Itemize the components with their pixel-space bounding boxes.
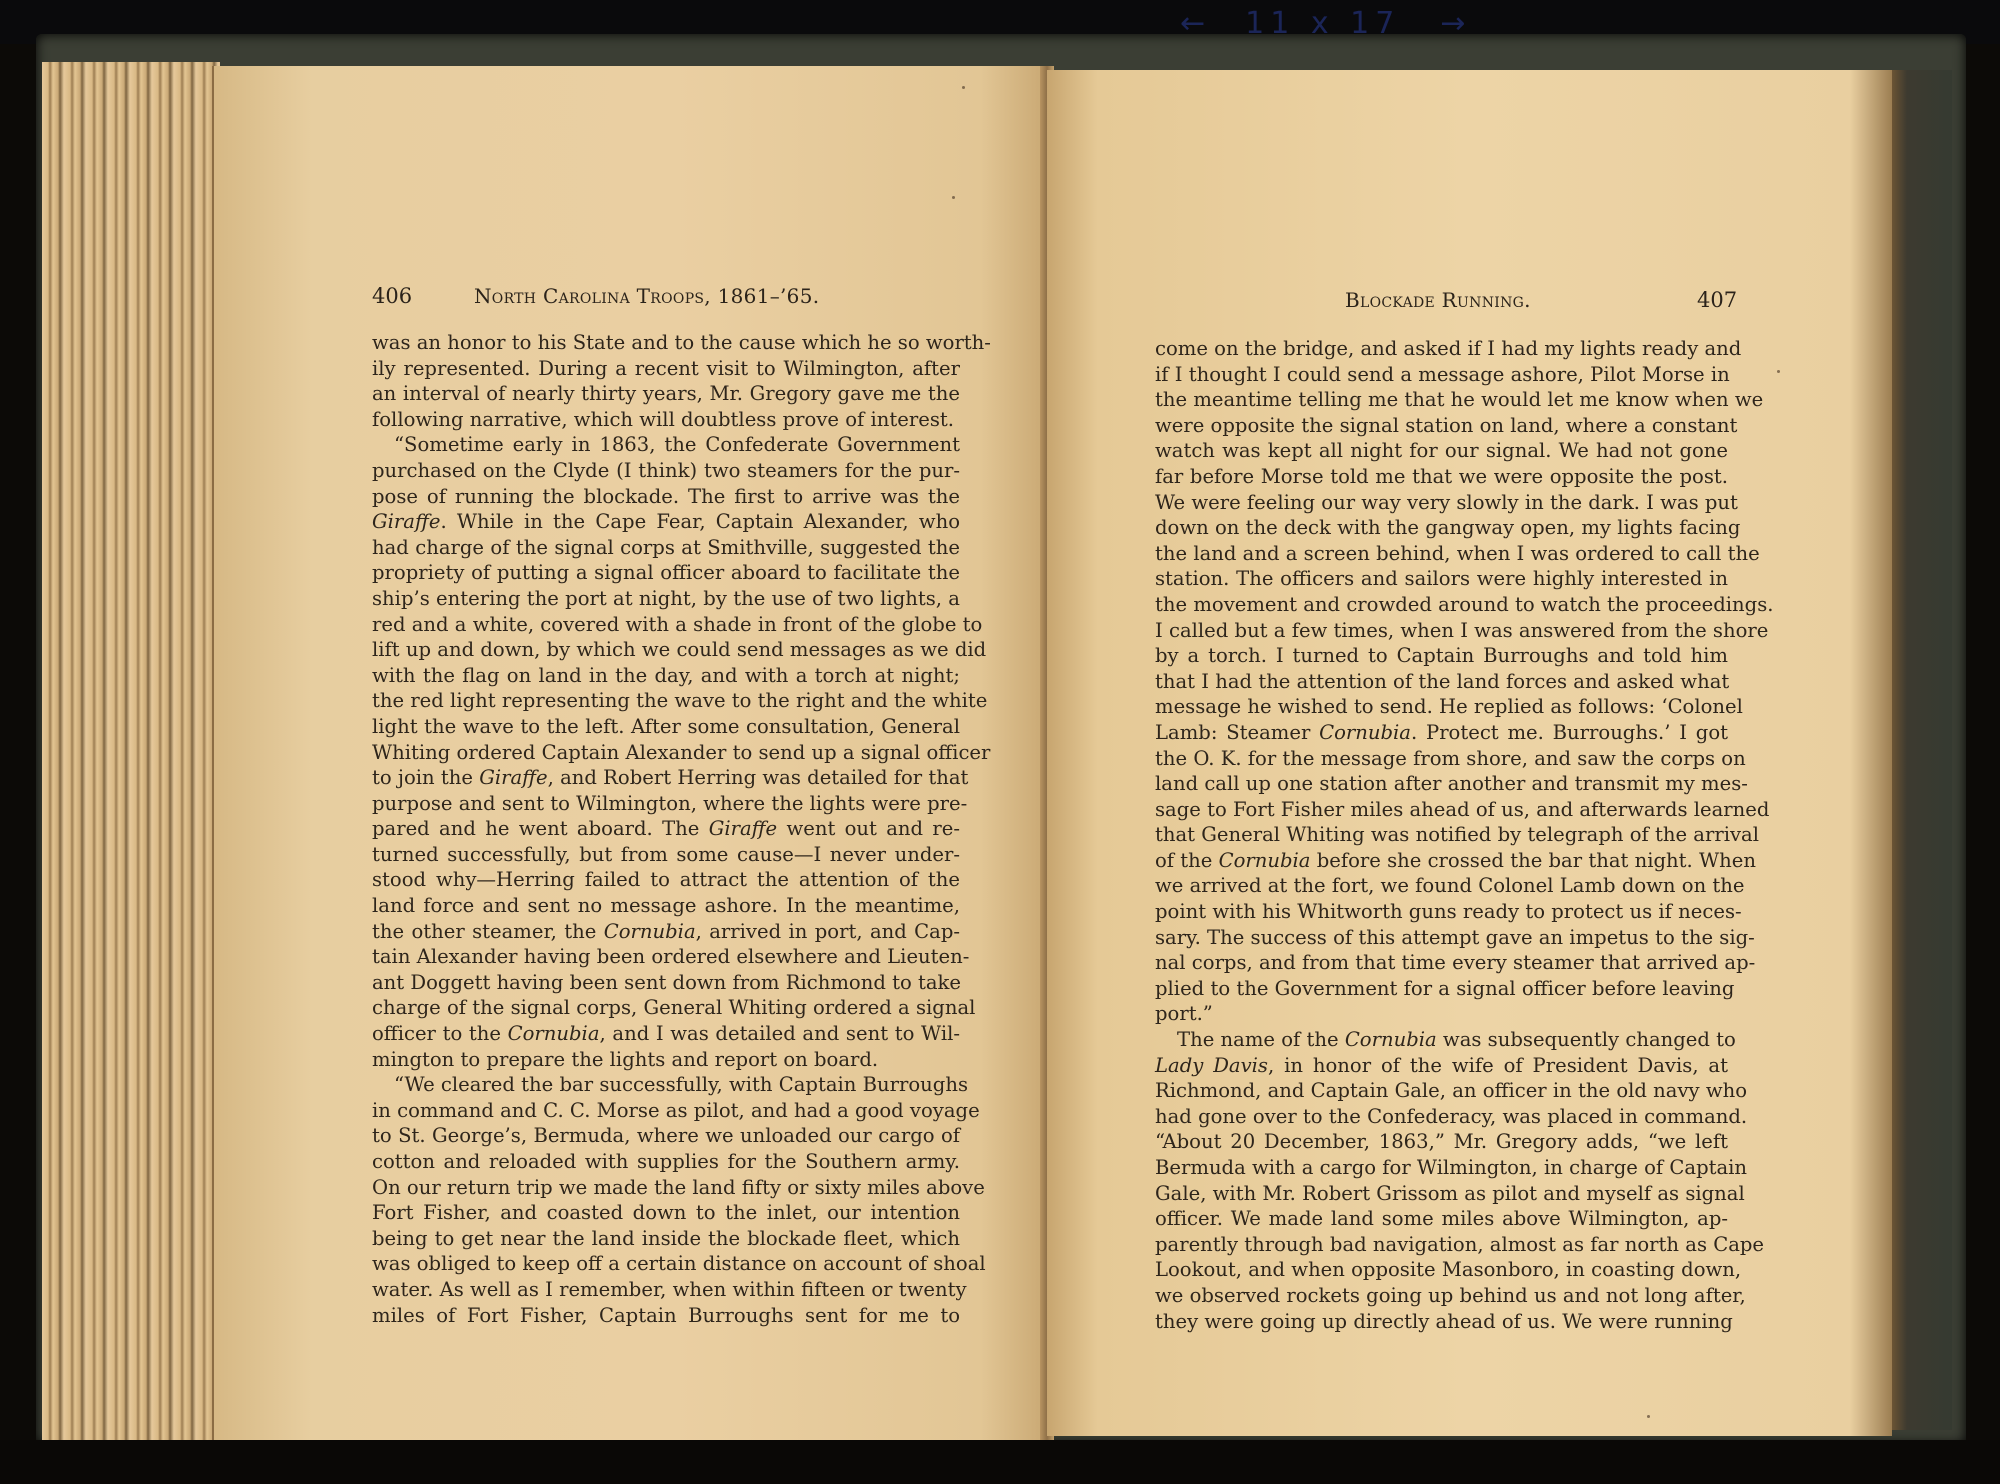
text-line: officer to the Cornubia, and I was detai…: [372, 1021, 960, 1047]
paper-speck: [962, 86, 965, 89]
text-line: sary. The success of this attempt gave a…: [1155, 925, 1728, 951]
text-line: purpose and sent to Wilmington, where th…: [372, 791, 960, 817]
text-line: miles of Fort Fisher, Captain Burroughs …: [372, 1303, 960, 1329]
text-line: Fort Fisher, and coasted down to the inl…: [372, 1200, 960, 1226]
paper-speck: [1647, 1415, 1650, 1418]
text-line: turned successfully, but from some cause…: [372, 842, 960, 868]
text-line: land force and sent no message ashore. I…: [372, 893, 960, 919]
text-line: by a torch. I turned to Captain Burrough…: [1155, 643, 1728, 669]
left-page-body: was an honor to his State and to the cau…: [372, 330, 960, 1328]
text-line: pose of running the blockade. The first …: [372, 484, 960, 510]
text-line: charge of the signal corps, General Whit…: [372, 995, 960, 1021]
right-page: Blockade Running. 407 come on the bridge…: [1047, 70, 1892, 1436]
text-line: down on the deck with the gangway open, …: [1155, 515, 1728, 541]
text-line: On our return trip we made the land fift…: [372, 1175, 960, 1201]
text-line: an interval of nearly thirty years, Mr. …: [372, 381, 960, 407]
text-line: tain Alexander having been ordered elsew…: [372, 944, 960, 970]
text-line: being to get near the land inside the bl…: [372, 1226, 960, 1252]
text-line: parently through bad navigation, almost …: [1155, 1232, 1728, 1258]
text-line: port.”: [1155, 1001, 1728, 1027]
text-line: Whiting ordered Captain Alexander to sen…: [372, 740, 960, 766]
text-line: light the wave to the left. After some c…: [372, 714, 960, 740]
text-line: We were feeling our way very slowly in t…: [1155, 490, 1728, 516]
text-line: “We cleared the bar successfully, with C…: [372, 1072, 960, 1098]
text-line: had charge of the signal corps at Smithv…: [372, 535, 960, 561]
text-line: Giraffe. While in the Cape Fear, Captain…: [372, 509, 960, 535]
right-page-body: come on the bridge, and asked if I had m…: [1155, 336, 1728, 1334]
left-page: 406 North Carolina Troops, 1861–’65. was…: [212, 66, 1047, 1442]
page-number-right: 407: [1697, 288, 1737, 312]
text-line: “About 20 December, 1863,” Mr. Gregory a…: [1155, 1129, 1728, 1155]
text-line: Lamb: Steamer Cornubia. Protect me. Burr…: [1155, 720, 1728, 746]
text-line: propriety of putting a signal officer ab…: [372, 560, 960, 586]
text-line: “Sometime early in 1863, the Confederate…: [372, 432, 960, 458]
text-line: stood why—Herring failed to attract the …: [372, 867, 960, 893]
text-line: the land and a screen behind, when I was…: [1155, 541, 1728, 567]
paper-speck: [952, 196, 955, 199]
text-line: Gale, with Mr. Robert Grissom as pilot a…: [1155, 1181, 1728, 1207]
text-line: that General Whiting was notified by tel…: [1155, 822, 1728, 848]
text-line: Bermuda with a cargo for Wilmington, in …: [1155, 1155, 1728, 1181]
text-line: come on the bridge, and asked if I had m…: [1155, 336, 1728, 362]
text-line: following narrative, which will doubtles…: [372, 407, 960, 433]
bottom-shadow: [0, 1440, 2000, 1484]
text-line: purchased on the Clyde (I think) two ste…: [372, 458, 960, 484]
page-number-left: 406: [372, 284, 412, 308]
text-line: message he wished to send. He replied as…: [1155, 694, 1728, 720]
text-line: was obliged to keep off a certain distan…: [372, 1251, 960, 1277]
page-stack-fore-edge: [42, 62, 220, 1442]
text-line: Lady Davis, in honor of the wife of Pres…: [1155, 1053, 1728, 1079]
text-line: ily represented. During a recent visit t…: [372, 356, 960, 382]
text-line: ant Doggett having been sent down from R…: [372, 970, 960, 996]
text-line: with the flag on land in the day, and wi…: [372, 663, 960, 689]
text-line: far before Morse told me that we were op…: [1155, 464, 1728, 490]
text-line: lift up and down, by which we could send…: [372, 637, 960, 663]
text-line: ship’s entering the port at night, by th…: [372, 586, 960, 612]
text-line: had gone over to the Confederacy, was pl…: [1155, 1104, 1728, 1130]
text-line: sage to Fort Fisher miles ahead of us, a…: [1155, 797, 1728, 823]
text-line: point with his Whitworth guns ready to p…: [1155, 899, 1728, 925]
text-line: the other steamer, the Cornubia, arrived…: [372, 919, 960, 945]
text-line: we arrived at the fort, we found Colonel…: [1155, 873, 1728, 899]
text-line: were opposite the signal station on land…: [1155, 413, 1728, 439]
running-head-left: North Carolina Troops, 1861–’65.: [474, 284, 819, 308]
text-line: land call up one station after another a…: [1155, 771, 1728, 797]
text-line: pared and he went aboard. The Giraffe we…: [372, 816, 960, 842]
text-line: watch was kept all night for our signal.…: [1155, 438, 1728, 464]
text-line: the O. K. for the message from shore, an…: [1155, 746, 1728, 772]
text-line: we observed rockets going up behind us a…: [1155, 1283, 1728, 1309]
text-line: the red light representing the wave to t…: [372, 688, 960, 714]
text-line: nal corps, and from that time every stea…: [1155, 950, 1728, 976]
running-head-right: Blockade Running.: [1345, 288, 1531, 312]
text-line: was an honor to his State and to the cau…: [372, 330, 960, 356]
text-line: the movement and crowded around to watch…: [1155, 592, 1728, 618]
text-line: plied to the Government for a signal off…: [1155, 976, 1728, 1002]
book-cover-right-edge: [1892, 70, 1952, 1430]
paper-speck: [1777, 370, 1780, 373]
text-line: officer. We made land some miles above W…: [1155, 1206, 1728, 1232]
text-line: if I thought I could send a message asho…: [1155, 362, 1728, 388]
text-line: that I had the attention of the land for…: [1155, 669, 1728, 695]
text-line: in command and C. C. Morse as pilot, and…: [372, 1098, 960, 1124]
text-line: I called but a few times, when I was ans…: [1155, 618, 1728, 644]
text-line: Lookout, and when opposite Masonboro, in…: [1155, 1257, 1728, 1283]
text-line: red and a white, covered with a shade in…: [372, 612, 960, 638]
text-line: they were going up directly ahead of us.…: [1155, 1309, 1728, 1335]
text-line: to St. George’s, Bermuda, where we unloa…: [372, 1123, 960, 1149]
text-line: of the Cornubia before she crossed the b…: [1155, 848, 1728, 874]
text-line: Richmond, and Captain Gale, an officer i…: [1155, 1078, 1728, 1104]
text-line: to join the Giraffe, and Robert Herring …: [372, 765, 960, 791]
text-line: the meantime telling me that he would le…: [1155, 387, 1728, 413]
text-line: cotton and reloaded with supplies for th…: [372, 1149, 960, 1175]
text-line: station. The officers and sailors were h…: [1155, 566, 1728, 592]
text-line: The name of the Cornubia was subsequentl…: [1155, 1027, 1728, 1053]
text-line: mington to prepare the lights and report…: [372, 1047, 960, 1073]
text-line: water. As well as I remember, when withi…: [372, 1277, 960, 1303]
